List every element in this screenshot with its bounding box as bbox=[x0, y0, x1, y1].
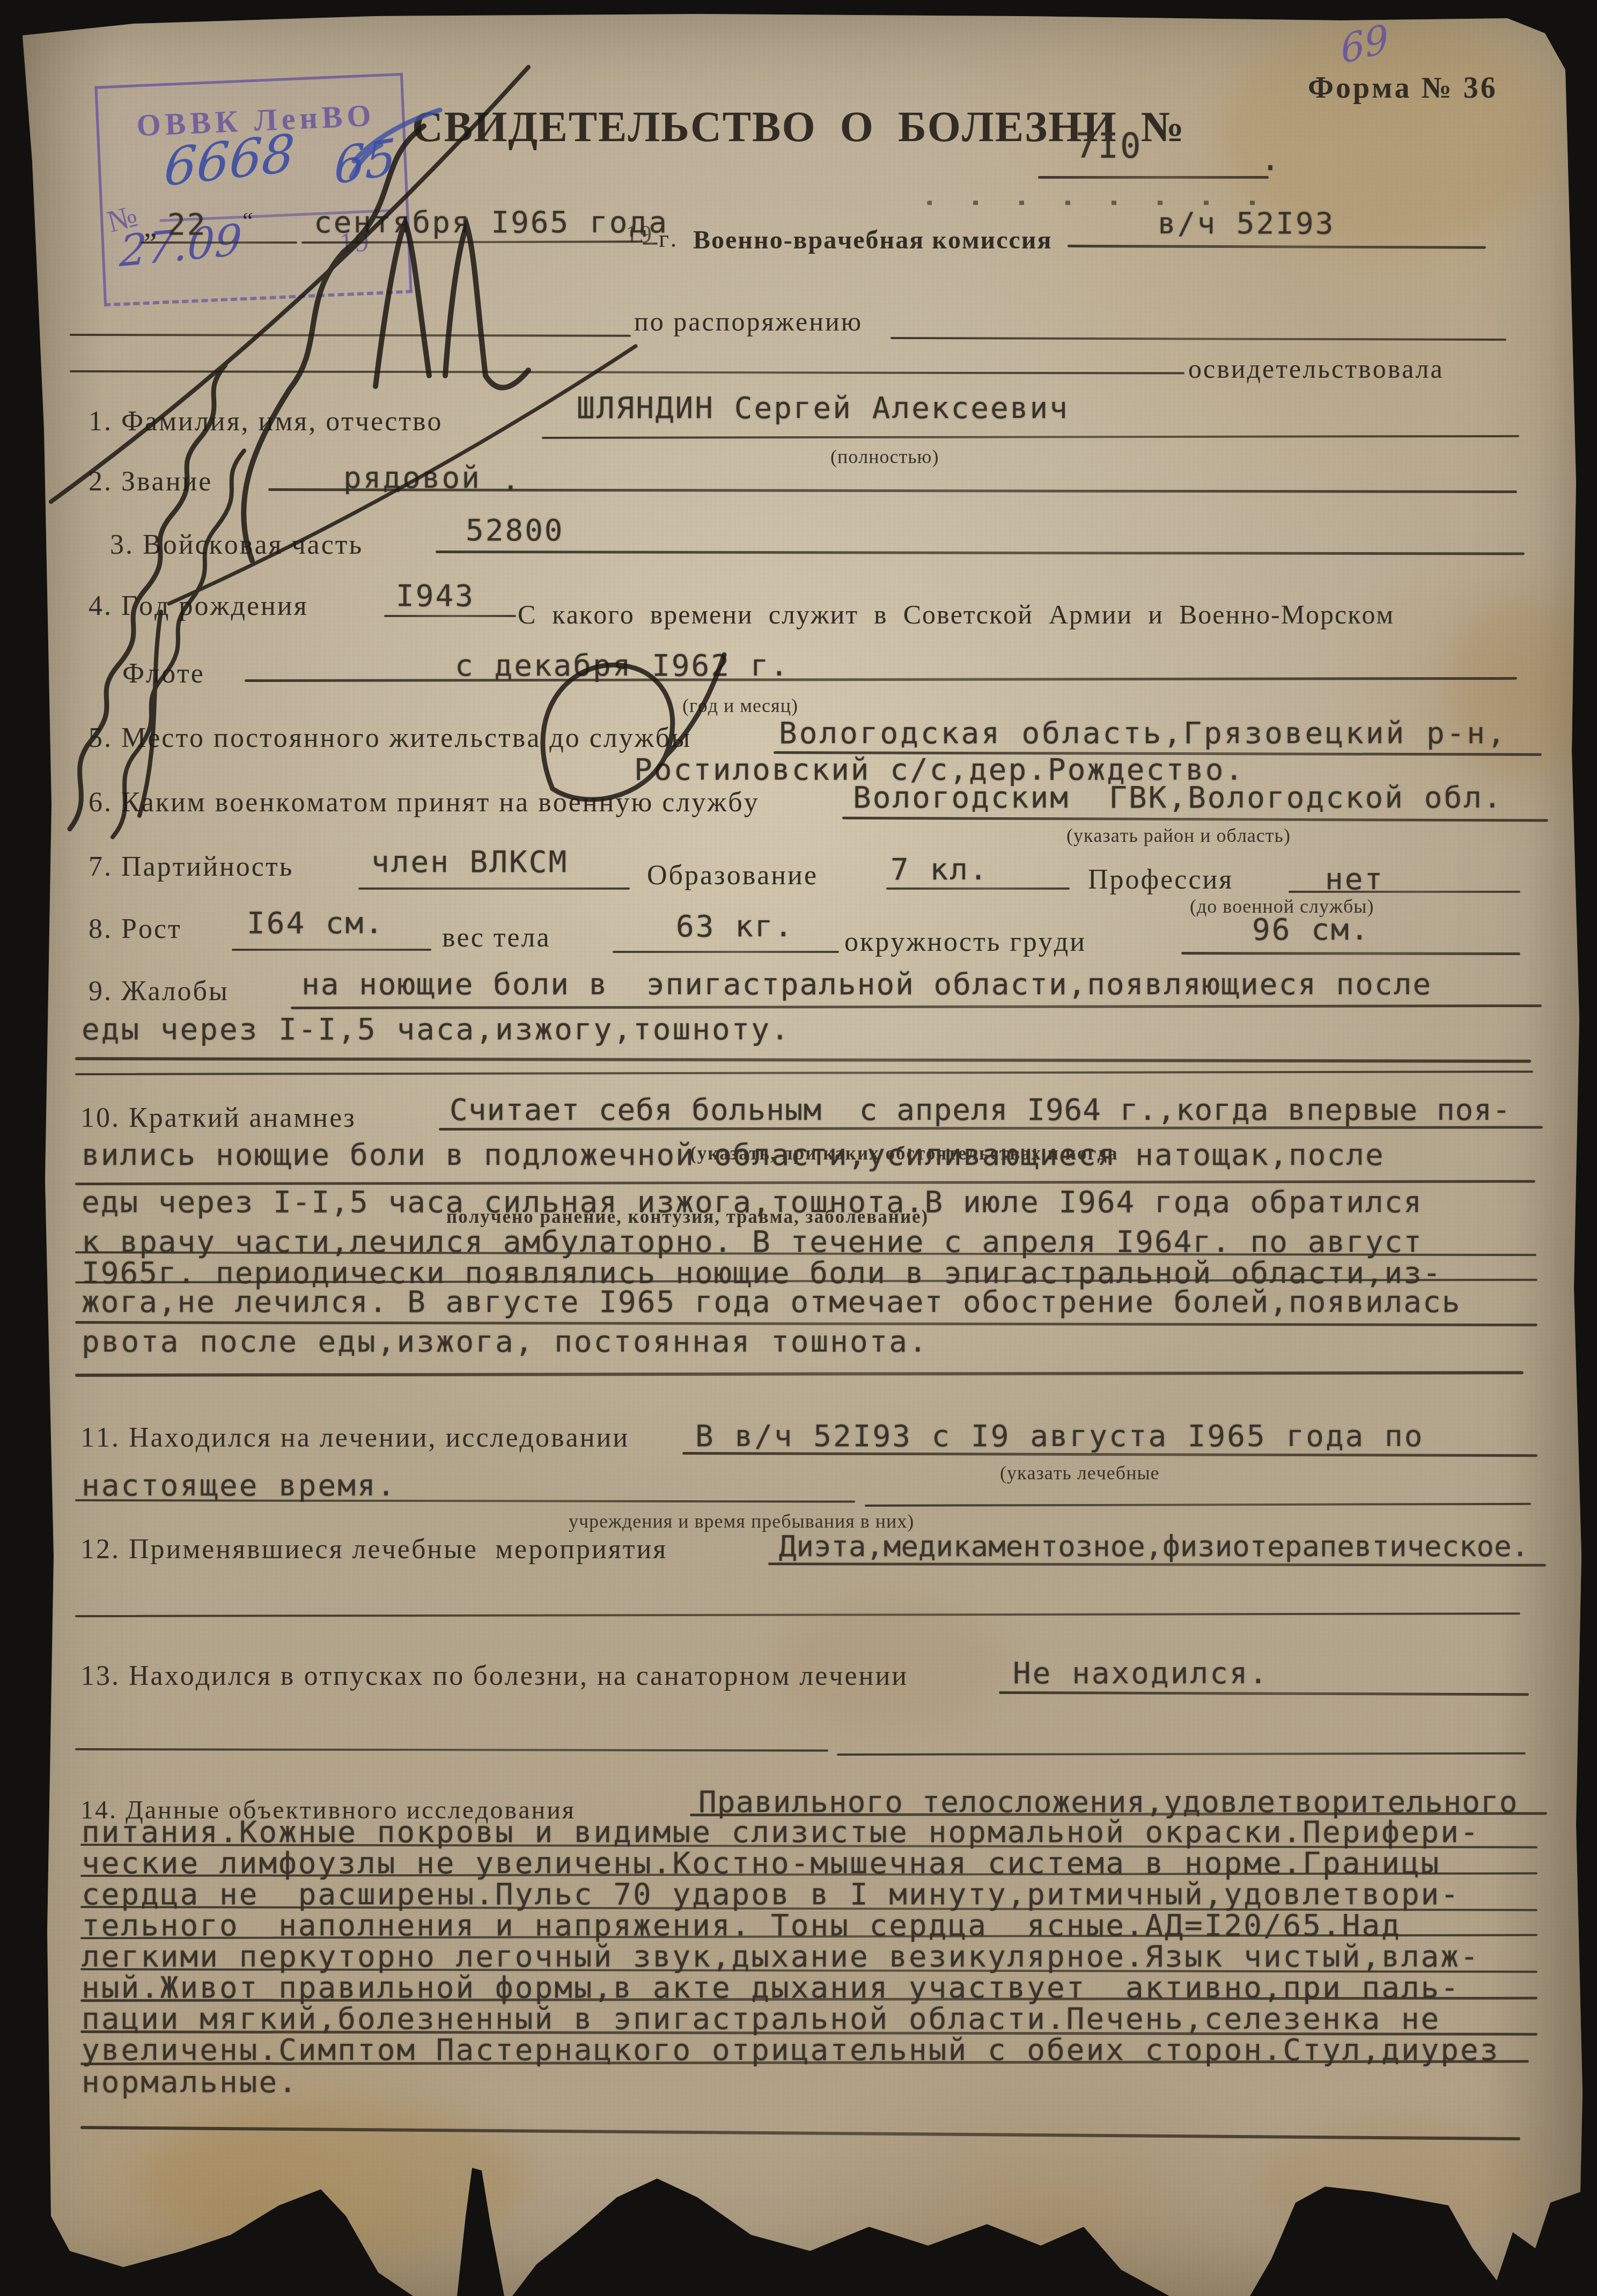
document-title: СВИДЕТЕЛЬСТВО О БОЛЕЗНИ № bbox=[412, 103, 1185, 152]
field-4-label: 4. Год рождения bbox=[89, 590, 308, 622]
form-rule bbox=[542, 435, 1519, 439]
field-9-value2: еды через I-I,5 часа,изжогу,тошноту. bbox=[82, 1012, 791, 1047]
field-8-label2: вес тела bbox=[442, 922, 551, 953]
date-quote-open: „ bbox=[144, 210, 158, 244]
field-2-stray-dot: . bbox=[502, 463, 521, 497]
po-rasporyazheniyu-label: по распоряжению bbox=[634, 306, 863, 337]
field-11-label: 11. Находился на лечении, исследовании bbox=[80, 1422, 629, 1454]
osvidetelstvovala-label: освидетельствовала bbox=[1188, 353, 1444, 384]
document-paper: ОВВК ЛенВО № 6668 27.09 19 65 69 Форма №… bbox=[0, 0, 1597, 2296]
field-2-label: 2. Звание bbox=[89, 466, 212, 497]
title-number-rule bbox=[1038, 176, 1269, 179]
field-3-label: 3. Войсковая часть bbox=[110, 529, 363, 561]
field-14-value10: нормальные. bbox=[82, 2065, 298, 2100]
date-month-typed: сентября I965 года bbox=[314, 205, 668, 240]
field-10-label: 10. Краткий анамнез bbox=[80, 1102, 356, 1134]
form-rule bbox=[1068, 245, 1486, 249]
field-10-value7: рвота после еды,изжога, постоянная тошно… bbox=[82, 1324, 929, 1359]
form-rule bbox=[232, 949, 431, 951]
form-rule bbox=[80, 2126, 1520, 2140]
form-rule bbox=[301, 240, 643, 244]
field-7-label3: Профессия bbox=[1088, 864, 1233, 896]
form-rule bbox=[613, 951, 839, 953]
stamp-year-handwritten: 65 bbox=[334, 128, 397, 196]
date-quote-close: “ bbox=[242, 207, 255, 234]
form-rule bbox=[891, 337, 1506, 341]
form-rule bbox=[75, 1612, 1520, 1617]
sheet-number-handwritten: 69 bbox=[1338, 16, 1391, 73]
field-7-label: 7. Партийность bbox=[89, 851, 293, 883]
form-rule bbox=[291, 1004, 1542, 1009]
field-4-value2: с декабря I962 г. bbox=[455, 648, 790, 683]
paper-stain bbox=[139, 2103, 526, 2254]
field-10-value1: Считает себя больным с апреля I964 г.,ко… bbox=[450, 1092, 1511, 1127]
field-11-value1: В в/ч 52I93 с I9 августа I965 года по bbox=[695, 1419, 1424, 1454]
field-5-value1: Вологодская область,Грязовецкий р-н, bbox=[779, 716, 1507, 751]
field-1-hint: (полностью) bbox=[830, 445, 939, 468]
field-1-value: ШЛЯНДИН Сергей Алексеевич bbox=[577, 391, 1069, 426]
form-rule bbox=[886, 887, 1070, 890]
form-rule bbox=[75, 1057, 1531, 1063]
form-rule bbox=[358, 887, 630, 890]
field-6-hint: (указать район и область) bbox=[1066, 824, 1291, 847]
field-4-hint: (год и месяц) bbox=[682, 694, 798, 717]
title-dotted-rule bbox=[927, 201, 1270, 205]
form-number-label: Форма № 36 bbox=[1308, 71, 1498, 105]
unit-number-typed: в/ч 52I93 bbox=[1158, 206, 1335, 241]
form-rule bbox=[643, 243, 658, 245]
form-rule bbox=[999, 1691, 1529, 1696]
field-8-value2: 63 кг. bbox=[676, 909, 794, 944]
field-1-label: 1. Фамилия, имя, отчество bbox=[89, 406, 443, 437]
field-9-label: 9. Жалобы bbox=[89, 975, 229, 1007]
form-rule bbox=[70, 334, 631, 337]
form-rule bbox=[75, 1371, 1524, 1377]
certificate-number-dot: . bbox=[1261, 141, 1282, 178]
field-4-value: I943 bbox=[396, 578, 475, 613]
field-9-value1: на ноющие боли в эпигастральной области,… bbox=[301, 967, 1432, 1002]
field-12-label: 12. Применявшиеся лечебные мероприятия bbox=[80, 1534, 667, 1565]
field-12-value: Диэта,медикаментозное,физиотерапевтическ… bbox=[779, 1529, 1529, 1563]
field-11-value2: настоящее время. bbox=[82, 1468, 396, 1503]
field-7-value: член ВЛКСМ bbox=[371, 845, 568, 879]
field-8-label3: окружность груди bbox=[844, 926, 1086, 958]
field-5-label: 5. Место постоянного жительства до служб… bbox=[89, 722, 691, 754]
field-8-label: 8. Рост bbox=[89, 913, 182, 945]
field-6-label: 6. Каким военкоматом принят на военную с… bbox=[89, 787, 760, 818]
form-rule bbox=[75, 1748, 828, 1751]
field-7-value2: 7 кл. bbox=[891, 852, 989, 887]
printed-year-g: г. bbox=[659, 224, 678, 253]
field-10-hint1: (указать, при каких обстоятельствах и ко… bbox=[690, 1143, 1118, 1164]
field-4-label2: С какого времени служит в Советской Арми… bbox=[518, 599, 1394, 630]
field-10-value6: жога,не лечился. В августе I965 года отм… bbox=[82, 1285, 1461, 1319]
form-rule bbox=[842, 817, 1548, 822]
form-rule bbox=[245, 677, 1517, 682]
form-rule bbox=[436, 551, 1525, 555]
form-rule bbox=[865, 1503, 1531, 1507]
form-rule bbox=[1289, 891, 1520, 893]
form-rule bbox=[141, 241, 297, 244]
form-rule bbox=[75, 1070, 1533, 1075]
field-8-value3: 96 см. bbox=[1252, 912, 1370, 947]
form-rule bbox=[70, 370, 1184, 375]
field-8-value: I64 см. bbox=[247, 906, 385, 941]
form-rule bbox=[837, 1752, 1526, 1756]
paper-stain bbox=[1448, 601, 1588, 778]
certificate-number: 7I0 bbox=[1076, 127, 1143, 166]
field-7-label2: Образование bbox=[647, 860, 818, 891]
field-3-value: 52800 bbox=[466, 513, 564, 548]
field-13-value: Не находился. bbox=[1013, 1656, 1269, 1691]
field-6-value: Вологодским ГВК,Вологодской обл. bbox=[853, 780, 1503, 815]
form-rule bbox=[384, 615, 516, 617]
field-13-label: 13. Находился в отпусках по болезни, на … bbox=[80, 1660, 908, 1692]
date-day-typed: 22 bbox=[167, 207, 207, 242]
commission-label: Военно-врачебная комиссия bbox=[693, 225, 1052, 255]
form-rule bbox=[768, 1563, 1546, 1567]
form-rule bbox=[1181, 952, 1520, 955]
field-4-label3: Флоте bbox=[122, 658, 205, 689]
scan-background: ОВВК ЛенВО № 6668 27.09 19 65 69 Форма №… bbox=[0, 0, 1597, 2296]
field-11-hint1: (указать лечебные bbox=[1000, 1462, 1160, 1484]
